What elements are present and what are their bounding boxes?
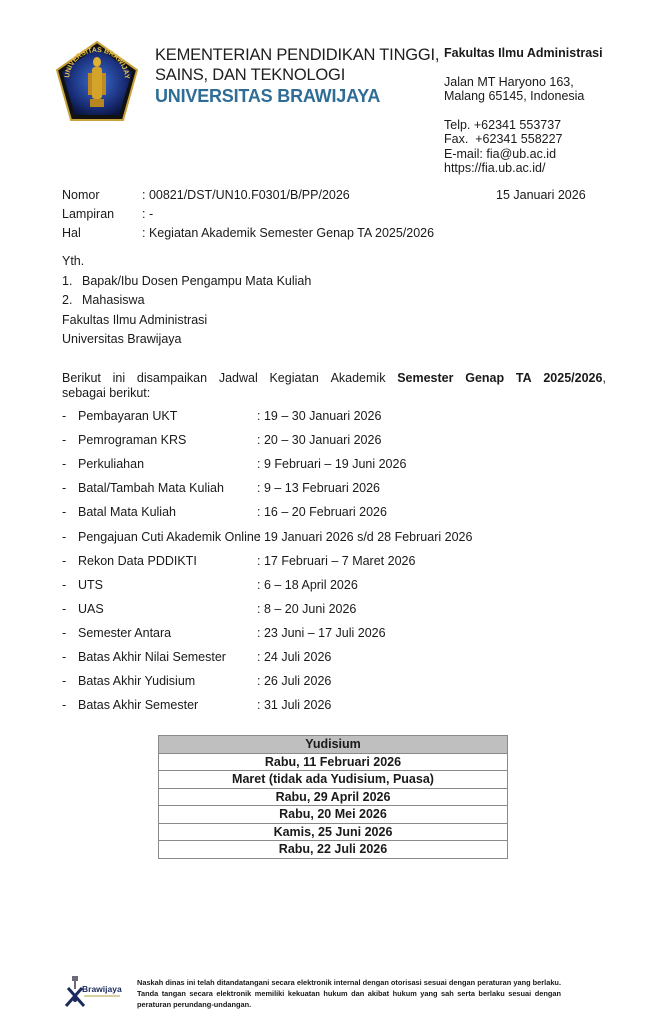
schedule-row: -UTS: 6 – 18 April 2026: [62, 573, 472, 597]
brawijaya-esign-logo: Brawijaya: [64, 974, 124, 1008]
intro-word: Berikut: [62, 371, 101, 386]
intro-word: Akademik: [331, 371, 386, 386]
bullet-dash: -: [62, 626, 78, 640]
table-row: Kamis, 25 Juni 2026: [159, 823, 508, 841]
schedule-activity: Pemrograman KRS: [78, 433, 257, 447]
yudisium-date: Rabu, 29 April 2026: [159, 788, 508, 806]
faculty-name: Fakultas Ilmu Administrasi: [444, 46, 603, 61]
bullet-dash: -: [62, 554, 78, 568]
intro-paragraph: BerikutinidisampaikanJadwalKegiatanAkade…: [62, 371, 606, 400]
schedule-date: : 9 Februari – 19 Juni 2026: [257, 457, 406, 471]
recipient-item: 2. Mahasiswa: [62, 293, 311, 313]
yudisium-table-header: Yudisium: [159, 736, 508, 754]
schedule-date: : 31 Juli 2026: [257, 698, 331, 712]
intro-word: disampaikan: [137, 371, 207, 386]
schedule-row: -Rekon Data PDDIKTI: 17 Februari – 7 Mar…: [62, 549, 472, 573]
schedule-row: -Pengajuan Cuti Akademik Online: 19 Janu…: [62, 524, 472, 548]
schedule-date: : 17 Februari – 7 Maret 2026: [257, 554, 415, 568]
schedule-row: -Perkuliahan: 9 Februari – 19 Juni 2026: [62, 452, 472, 476]
intro-bold-word: Semester: [397, 371, 453, 386]
schedule-date: : 19 – 30 Januari 2026: [257, 409, 381, 423]
university-name: UNIVERSITAS BRAWIJAYA: [155, 86, 380, 107]
schedule-row: -Batas Akhir Yudisium: 26 Juli 2026: [62, 669, 472, 693]
schedule-activity: UTS: [78, 578, 257, 592]
schedule-activity: Batas Akhir Nilai Semester: [78, 650, 257, 664]
address-line-2: Malang 65145, Indonesia: [444, 89, 603, 104]
email-link[interactable]: E-mail: fia@ub.ac.id: [444, 147, 603, 162]
bullet-dash: -: [62, 698, 78, 712]
intro-bold-word: TA: [516, 371, 532, 386]
schedule-row: -Batal Mata Kuliah: 16 – 20 Februari 202…: [62, 500, 472, 524]
intro-bold-word: Genap: [465, 371, 504, 386]
schedule-activity: UAS: [78, 602, 257, 616]
hal-value: : Kegiatan Akademik Semester Genap TA 20…: [142, 226, 434, 245]
yudisium-date: Kamis, 25 Juni 2026: [159, 823, 508, 841]
schedule-activity: Rekon Data PDDIKTI: [78, 554, 257, 568]
recipient-university: Universitas Brawijaya: [62, 332, 311, 352]
table-row: Rabu, 20 Mei 2026: [159, 806, 508, 824]
ministry-line-2: SAINS, DAN TEKNOLOGI: [155, 65, 439, 85]
salutation: Yth.: [62, 254, 311, 274]
svg-text:Brawijaya: Brawijaya: [82, 984, 122, 994]
bullet-dash: -: [62, 578, 78, 592]
nomor-label: Nomor: [62, 188, 142, 207]
schedule-date: : 9 – 13 Februari 2026: [257, 481, 380, 495]
schedule-activity: Batal/Tambah Mata Kuliah: [78, 481, 257, 495]
intro-bold-word: 2025/2026: [543, 371, 602, 385]
ministry-name: KEMENTERIAN PENDIDIKAN TINGGI, SAINS, DA…: [155, 45, 439, 85]
schedule-activity: Perkuliahan: [78, 457, 257, 471]
schedule-row: -Batal/Tambah Mata Kuliah: 9 – 13 Februa…: [62, 476, 472, 500]
intro-comma: ,: [602, 371, 605, 385]
yudisium-date: Rabu, 11 Februari 2026: [159, 753, 508, 771]
university-logo: UNIVERSITAS BRAWIJAYA: [55, 40, 139, 124]
schedule-row: -Batas Akhir Nilai Semester: 24 Juli 202…: [62, 645, 472, 669]
yudisium-table: Yudisium Rabu, 11 Februari 2026Maret (ti…: [158, 735, 508, 859]
intro-last-word: 2025/2026,: [543, 371, 606, 386]
schedule-activity: Pengajuan Cuti Akademik Online: [78, 530, 257, 544]
meta-hal: Hal : Kegiatan Akademik Semester Genap T…: [62, 226, 434, 245]
esign-notice: Naskah dinas ini telah ditandatangani se…: [137, 977, 561, 1010]
address-line-1: Jalan MT Haryono 163,: [444, 75, 603, 90]
recipients: Yth. 1. Bapak/Ibu Dosen Pengampu Mata Ku…: [62, 254, 311, 352]
intro-word: Kegiatan: [269, 371, 318, 386]
schedule-activity: Batas Akhir Semester: [78, 698, 257, 712]
fax: Fax. +62341 558227: [444, 132, 603, 147]
bullet-dash: -: [62, 481, 78, 495]
recipient-number: 1.: [62, 274, 82, 294]
schedule-row: -UAS: 8 – 20 Juni 2026: [62, 597, 472, 621]
faculty-contact-block: Fakultas Ilmu Administrasi Jalan MT Hary…: [444, 46, 603, 176]
bullet-dash: -: [62, 457, 78, 471]
table-row: Rabu, 29 April 2026: [159, 788, 508, 806]
schedule-activity: Batal Mata Kuliah: [78, 505, 257, 519]
bullet-dash: -: [62, 530, 78, 544]
schedule-date: : 26 Juli 2026: [257, 674, 331, 688]
website-link[interactable]: https://fia.ub.ac.id/: [444, 161, 603, 176]
ministry-line-1: KEMENTERIAN PENDIDIKAN TINGGI,: [155, 45, 439, 65]
lampiran-value: : -: [142, 207, 153, 226]
schedule-activity: Pembayaran UKT: [78, 409, 257, 423]
schedule-date: : 20 – 30 Januari 2026: [257, 433, 381, 447]
meta-nomor: Nomor : 00821/DST/UN10.F0301/B/PP/2026: [62, 188, 434, 207]
bullet-dash: -: [62, 674, 78, 688]
table-row: Rabu, 11 Februari 2026: [159, 753, 508, 771]
yudisium-date: Rabu, 20 Mei 2026: [159, 806, 508, 824]
bullet-dash: -: [62, 650, 78, 664]
recipient-number: 2.: [62, 293, 82, 313]
bullet-dash: -: [62, 602, 78, 616]
schedule-date: : 23 Juni – 17 Juli 2026: [257, 626, 386, 640]
yudisium-date: Maret (tidak ada Yudisium, Puasa): [159, 771, 508, 789]
recipient-text: Bapak/Ibu Dosen Pengampu Mata Kuliah: [82, 274, 311, 294]
recipient-text: Mahasiswa: [82, 293, 145, 313]
schedule-row: -Batas Akhir Semester: 31 Juli 2026: [62, 693, 472, 717]
schedule-activity: Semester Antara: [78, 626, 257, 640]
intro-word: Jadwal: [219, 371, 258, 386]
table-row: Maret (tidak ada Yudisium, Puasa): [159, 771, 508, 789]
table-row: Rabu, 22 Juli 2026: [159, 841, 508, 859]
yudisium-date: Rabu, 22 Juli 2026: [159, 841, 508, 859]
intro-word: ini: [113, 371, 126, 386]
bullet-dash: -: [62, 433, 78, 447]
letter-meta: Nomor : 00821/DST/UN10.F0301/B/PP/2026 L…: [62, 188, 434, 245]
schedule-row: -Semester Antara: 23 Juni – 17 Juli 2026: [62, 621, 472, 645]
schedule-date: : 8 – 20 Juni 2026: [257, 602, 356, 616]
meta-lampiran: Lampiran : -: [62, 207, 434, 226]
recipient-item: 1. Bapak/Ibu Dosen Pengampu Mata Kuliah: [62, 274, 311, 294]
phone: Telp. +62341 553737: [444, 118, 603, 133]
schedule-row: -Pembayaran UKT: 19 – 30 Januari 2026: [62, 404, 472, 428]
schedule-date: : 19 Januari 2026 s/d 28 Februari 2026: [257, 530, 472, 544]
schedule-activity: Batas Akhir Yudisium: [78, 674, 257, 688]
schedule-date: : 16 – 20 Februari 2026: [257, 505, 387, 519]
intro-line-1: BerikutinidisampaikanJadwalKegiatanAkade…: [62, 371, 606, 386]
recipient-faculty: Fakultas Ilmu Administrasi: [62, 313, 311, 333]
schedule-date: : 24 Juli 2026: [257, 650, 331, 664]
bullet-dash: -: [62, 409, 78, 423]
bullet-dash: -: [62, 505, 78, 519]
intro-line-2: sebagai berikut:: [62, 386, 606, 401]
hal-label: Hal: [62, 226, 142, 245]
nomor-value: : 00821/DST/UN10.F0301/B/PP/2026: [142, 188, 350, 207]
letter-date: 15 Januari 2026: [496, 188, 586, 202]
schedule-row: -Pemrograman KRS: 20 – 30 Januari 2026: [62, 428, 472, 452]
schedule-list: -Pembayaran UKT: 19 – 30 Januari 2026-Pe…: [62, 404, 472, 717]
schedule-date: : 6 – 18 April 2026: [257, 578, 358, 592]
lampiran-label: Lampiran: [62, 207, 142, 226]
